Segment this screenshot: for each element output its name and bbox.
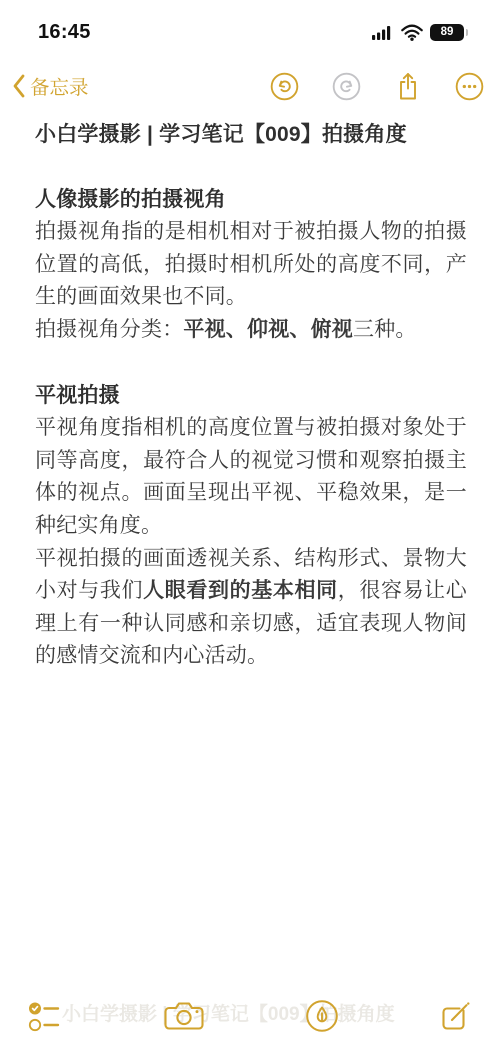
share-icon [394, 71, 422, 102]
nav-actions [270, 71, 484, 102]
section2-para2: 平视拍摄的画面透视关系、结构形式、景物大小对与我们人眼看到的基本相同，很容易让心… [35, 543, 467, 673]
redo-icon [332, 72, 361, 101]
more-button[interactable] [455, 72, 484, 101]
markup-button[interactable] [305, 999, 339, 1033]
camera-icon [163, 999, 205, 1033]
section2-heading: 平视拍摄 [35, 380, 467, 413]
checklist-icon [27, 1000, 63, 1033]
wifi-icon [401, 24, 423, 41]
blank-line [35, 347, 467, 380]
status-bar: 16:45 89 [0, 0, 500, 56]
back-button[interactable]: 备忘录 [12, 72, 89, 100]
markup-icon [305, 999, 339, 1033]
redo-button[interactable] [332, 72, 361, 101]
status-icons: 89 [372, 24, 464, 41]
section1-heading: 人像摄影的拍摄视角 [35, 184, 467, 217]
back-chevron-icon [12, 74, 25, 98]
status-time: 16:45 [38, 21, 91, 44]
camera-button[interactable] [163, 999, 205, 1033]
toolbar-icons [0, 985, 500, 1047]
undo-icon [270, 72, 299, 101]
class-line-bold: 平视、仰视、俯视 [183, 318, 353, 341]
class-line-pre: 拍摄视角分类： [35, 318, 183, 341]
section1-para1: 拍摄视角指的是相机相对于被拍摄人物的拍摄位置的高低，拍摄时相机所处的高度不同，产… [35, 216, 467, 314]
signal-icon [372, 25, 394, 40]
share-button[interactable] [394, 71, 422, 102]
section2-para1: 平视角度指相机的高度位置与被拍摄对象处于同等高度，最符合人的视觉习惯和观察拍摄主… [35, 412, 467, 542]
back-button-label: 备忘录 [30, 72, 89, 100]
battery-percent: 89 [441, 26, 454, 38]
undo-button[interactable] [270, 72, 299, 101]
section1-class-line: 拍摄视角分类：平视、仰视、俯视三种。 [35, 314, 467, 347]
battery-icon: 89 [430, 24, 464, 41]
note-editor[interactable]: 小白学摄影 | 学习笔记【009】拍摄角度 人像摄影的拍摄视角 拍摄视角指的是相… [35, 112, 467, 673]
more-icon [455, 72, 484, 101]
class-line-post: 三种。 [353, 318, 417, 341]
checklist-button[interactable] [27, 1000, 63, 1033]
note-title: 小白学摄影 | 学习笔记【009】拍摄角度 [35, 119, 467, 152]
compose-button[interactable] [439, 1000, 472, 1033]
compose-icon [439, 1000, 472, 1033]
bottom-toolbar: 小白学摄影 | 学习笔记【009】拍摄角度 [0, 985, 500, 1047]
battery-nub [466, 29, 469, 36]
para2-bold: 人眼看到的基本相同 [143, 579, 338, 602]
nav-bar: 备忘录 [0, 60, 500, 112]
